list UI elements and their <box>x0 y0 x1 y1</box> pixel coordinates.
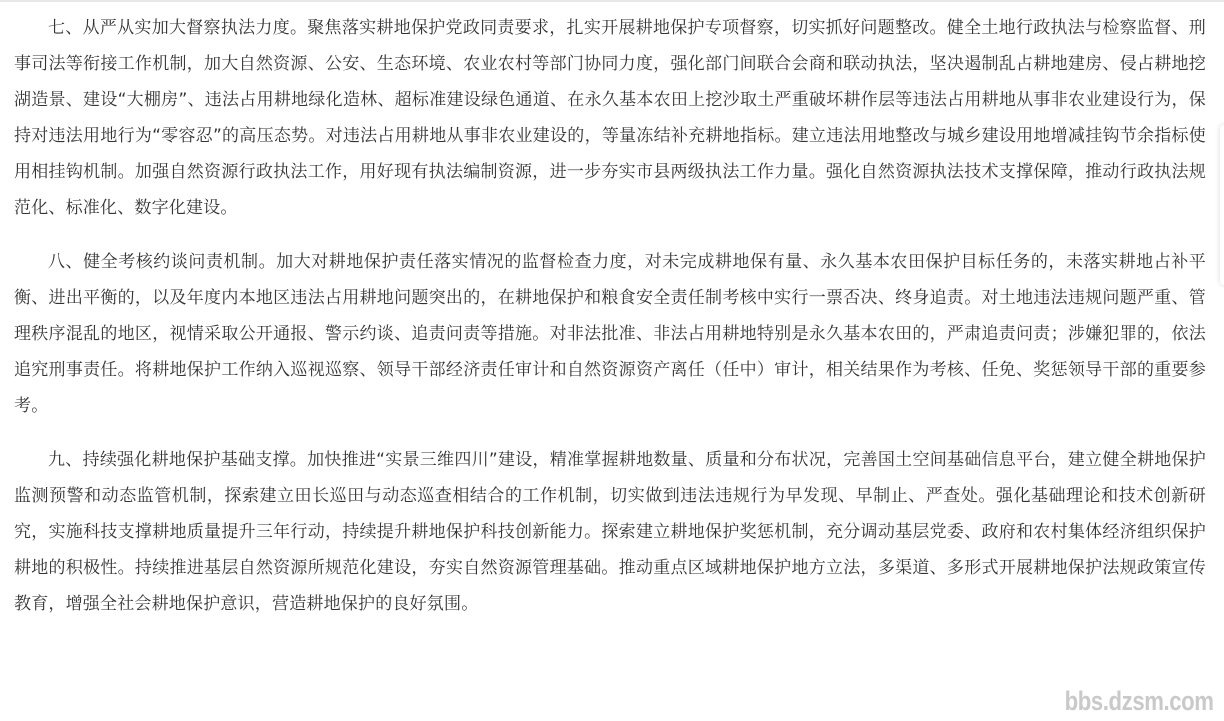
article-body: 七、从严从实加大督察执法力度。聚焦落实耕地保护党政同责要求，扎实开展耕地保护专项… <box>14 10 1206 640</box>
site-watermark: bbs.dzsm.com <box>1065 686 1214 717</box>
paragraph-eight: 八、健全考核约谈问责机制。加大对耕地保护责任落实情况的监督检查力度，对未完成耕地… <box>14 244 1206 424</box>
paragraph-seven: 七、从严从实加大督察执法力度。聚焦落实耕地保护党政同责要求，扎实开展耕地保护专项… <box>14 10 1206 226</box>
top-divider <box>0 0 1224 2</box>
paragraph-nine: 九、持续强化耕地保护基础支撑。加快推进“实景三维四川”建设，精准掌握耕地数量、质… <box>14 442 1206 622</box>
floating-side-panel[interactable] <box>1220 125 1224 285</box>
